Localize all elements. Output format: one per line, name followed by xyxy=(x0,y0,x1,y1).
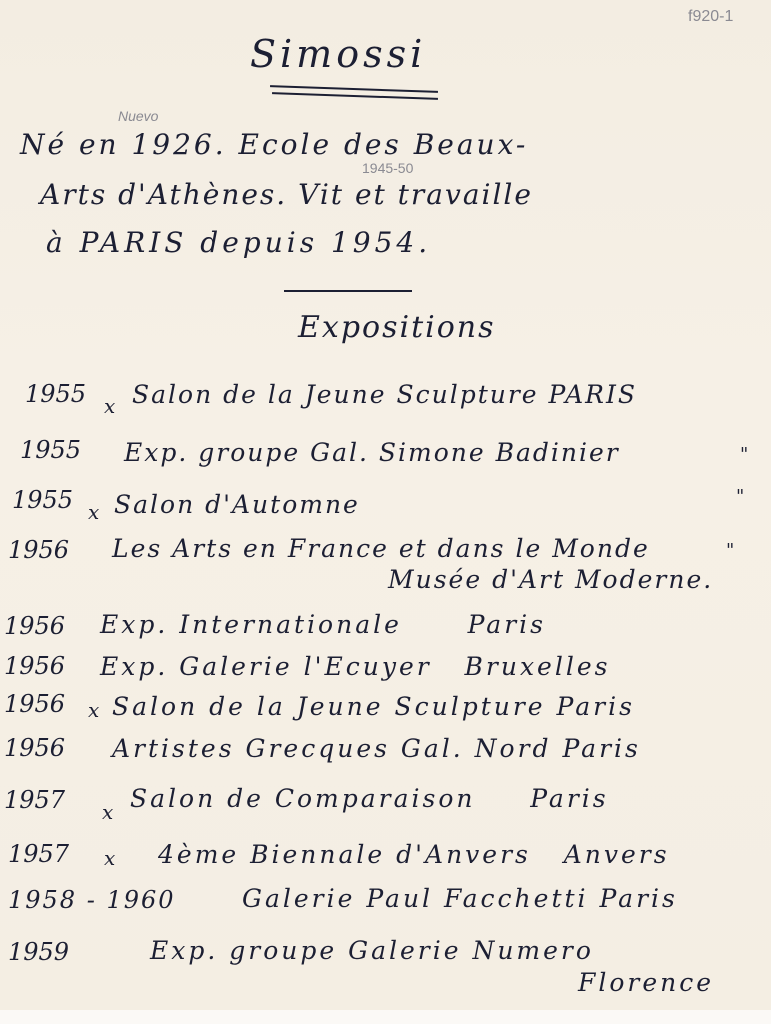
bio-line-3: à PARIS depuis 1954. xyxy=(46,226,431,259)
archive-reference: f920-1 xyxy=(688,8,733,26)
exhibition-entry: Exp. Galerie l'Ecuyer Bruxelles xyxy=(100,652,610,681)
exhibition-entry: Artistes Grecques Gal. Nord Paris xyxy=(112,734,641,763)
exhibition-mark: x xyxy=(102,800,113,824)
exhibition-entry: Salon d'Automne xyxy=(114,490,360,519)
section-divider xyxy=(284,290,412,292)
exhibition-entry: Salon de Comparaison Paris xyxy=(130,784,609,813)
bio-annotation: 1945-50 xyxy=(362,160,413,176)
exhibition-mark: x xyxy=(104,394,115,418)
exhibition-continuation: Musée d'Art Moderne. xyxy=(388,565,713,594)
exhibition-mark: x xyxy=(88,698,99,722)
exhibition-entry: Exp. groupe Galerie Numero xyxy=(150,936,594,965)
ditto-mark: " xyxy=(726,540,734,561)
bio-line-1: Né en 1926. Ecole des Beaux- xyxy=(20,128,528,161)
exhibition-year: 1958 - 1960 xyxy=(8,886,176,914)
exhibition-year: 1955 xyxy=(20,436,81,464)
exhibition-entry: Les Arts en France et dans le Monde xyxy=(112,534,650,563)
exhibition-year: 1956 xyxy=(4,690,65,718)
exhibition-entry: Exp. groupe Gal. Simone Badinier xyxy=(124,438,620,467)
exhibition-year: 1957 xyxy=(4,786,65,814)
exhibition-entry: Galerie Paul Facchetti Paris xyxy=(242,884,678,913)
exhibition-mark: x xyxy=(104,846,115,870)
exhibition-continuation: Florence xyxy=(578,968,714,997)
exhibition-year: 1956 xyxy=(4,734,65,762)
exhibition-entry: Salon de la Jeune Sculpture Paris xyxy=(112,692,635,721)
exhibition-year: 1956 xyxy=(4,612,65,640)
exhibition-entry: 4ème Biennale d'Anvers Anvers xyxy=(158,840,670,869)
title-underline xyxy=(270,85,438,93)
exhibition-year: 1955 xyxy=(12,486,73,514)
exhibition-year: 1956 xyxy=(8,536,69,564)
exhibition-year: 1955 xyxy=(25,380,86,408)
ditto-mark: " xyxy=(740,444,748,465)
title-underline xyxy=(272,92,438,100)
exhibition-year: 1959 xyxy=(8,938,69,966)
exhibition-year: 1957 xyxy=(8,840,69,868)
exhibition-entry: Salon de la Jeune Sculpture PARIS xyxy=(132,380,637,409)
exhibition-entry: Exp. Internationale Paris xyxy=(100,610,546,639)
scan-bottom-edge xyxy=(0,1010,771,1024)
exhibition-mark: x xyxy=(88,500,99,524)
section-heading: Expositions xyxy=(298,310,496,345)
ditto-mark: " xyxy=(736,486,744,507)
page-title: Simossi xyxy=(250,32,426,76)
handwritten-page: f920-1 Simossi Nuevo Né en 1926. Ecole d… xyxy=(0,0,771,1010)
bio-annotation: Nuevo xyxy=(118,108,158,124)
exhibition-year: 1956 xyxy=(4,652,65,680)
bio-line-2: Arts d'Athènes. Vit et travaille xyxy=(40,178,533,211)
